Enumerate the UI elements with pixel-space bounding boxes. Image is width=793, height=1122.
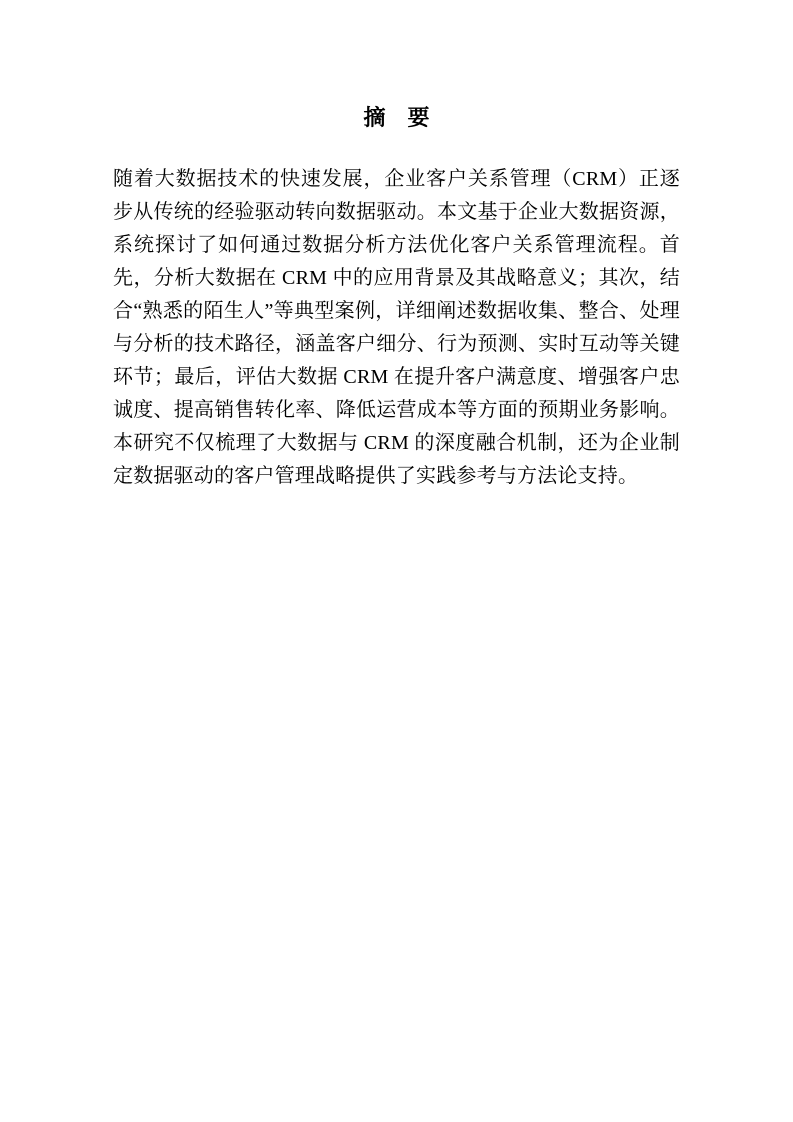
document-page: 摘 要 随着大数据技术的快速发展，企业客户关系管理（CRM）正逐步从传统的经验驱…	[0, 0, 793, 1122]
page-title: 摘 要	[0, 101, 793, 132]
abstract-paragraph: 随着大数据技术的快速发展，企业客户关系管理（CRM）正逐步从传统的经验驱动转向数…	[113, 163, 680, 493]
